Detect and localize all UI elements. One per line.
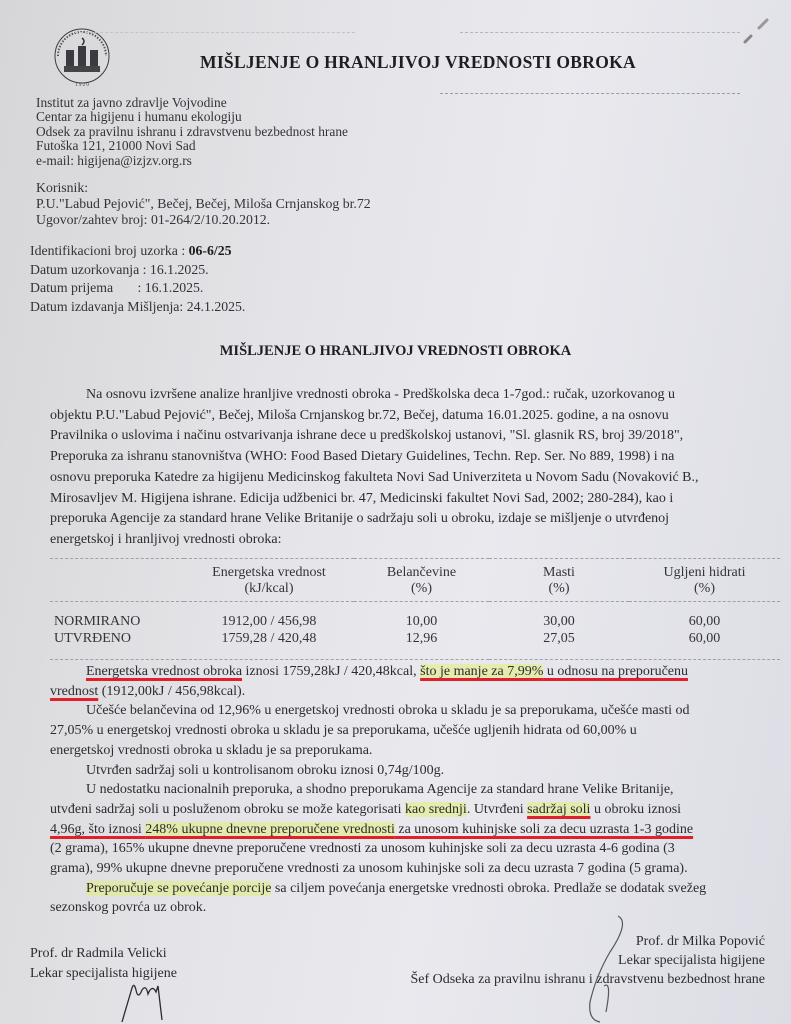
header-carbs: Ugljeni hidrati(%)	[629, 559, 780, 602]
macro-result: Učešće belančevina od 12,96% u energetsk…	[50, 701, 765, 721]
header-protein: Belančevine(%)	[354, 559, 489, 602]
received-date-row: Datum prijema : 16.1.2025.	[30, 279, 245, 298]
sample-id-value: 06-6/25	[189, 243, 232, 258]
signer-right-role: Šef Odseka za pravilnu ishranu i zdravst…	[410, 970, 765, 989]
signer-left-title: Lekar specijalista higijene	[30, 964, 177, 984]
signer-right-name: Prof. dr Milka Popović	[410, 932, 765, 951]
institution-center: Centar za higijenu i humanu ekologiju	[36, 110, 348, 124]
header-energy: Energetska vrednost(kJ/kcal)	[184, 559, 354, 602]
signer-right-title: Lekar specijalista higijene	[410, 951, 765, 970]
results-section: Energetska vrednost obroka iznosi 1759,2…	[50, 662, 765, 918]
nutrition-table: Energetska vrednost(kJ/kcal) Belančevine…	[50, 558, 780, 660]
staple-icon	[735, 12, 775, 48]
salt-measured: Utvrđen sadržaj soli u kontrolisanom obr…	[50, 761, 765, 781]
section-title: MIŠLJENJE O HRANLJIVOJ VREDNOSTI OBROKA	[0, 343, 791, 360]
recommendation: Preporučuje se povećanje porcije sa cilj…	[50, 879, 765, 899]
client-label: Korisnik:	[36, 180, 371, 196]
institution-department: Odsek za pravilnu ishranu i zdravstvenu …	[36, 125, 348, 139]
salt-category: U nedostatku nacionalnih preporuka, a sh…	[50, 780, 765, 800]
sample-id-row: Identifikacioni broj uzorka : 06-6/25	[30, 242, 245, 261]
document-page: 1 9 2 0 MIŠLJENJE O HRANLJIVOJ VREDNOSTI…	[0, 0, 791, 1024]
sampling-date-row: Datum uzorkovanja : 16.1.2025.	[30, 261, 245, 280]
institution-address: Institut za javno zdravlje Vojvodine Cen…	[36, 96, 348, 168]
institution-email: e-mail: higijena@izjzv.org.rs	[36, 154, 348, 168]
table-header-row: Energetska vrednost(kJ/kcal) Belančevine…	[50, 559, 780, 602]
header-fat: Masti(%)	[489, 559, 629, 602]
institution-street: Futoška 121, 21000 Novi Sad	[36, 139, 348, 153]
institution-name: Institut za javno zdravlje Vojvodine	[36, 96, 348, 110]
energy-result: Energetska vrednost obroka iznosi 1759,2…	[50, 662, 765, 682]
handwritten-signature-left-icon	[118, 980, 178, 1024]
intro-paragraph: Na osnovu izvršene analize hranljive vre…	[50, 385, 765, 551]
client-name: P.U."Labud Pejović", Bečej, Bečej, Miloš…	[36, 196, 371, 212]
svg-text:1 9 2 0: 1 9 2 0	[75, 83, 89, 88]
table-row: UTVRĐENO 1759,28 / 420,48 12,96 27,05 60…	[50, 631, 780, 660]
signature-right: Prof. dr Milka Popović Lekar specijalist…	[410, 932, 765, 989]
contract-number: Ugovor/zahtev broj: 01-264/2/10.20.2012.	[36, 212, 371, 228]
signature-left: Prof. dr Radmila Velicki Lekar specijali…	[30, 944, 177, 984]
client-block: Korisnik: P.U."Labud Pejović", Bečej, Be…	[36, 180, 371, 228]
table-row: NORMIRANO 1912,00 / 456,98 10,00 30,00 6…	[50, 602, 780, 631]
signer-left-name: Prof. dr Radmila Velicki	[30, 944, 177, 964]
issued-date-row: Datum izdavanja Mišljenja: 24.1.2025.	[30, 298, 245, 317]
document-header-title: MIŠLJENJE O HRANLJIVOJ VREDNOSTI OBROKA	[200, 52, 636, 73]
sample-info: Identifikacioni broj uzorka : 06-6/25 Da…	[30, 242, 245, 316]
